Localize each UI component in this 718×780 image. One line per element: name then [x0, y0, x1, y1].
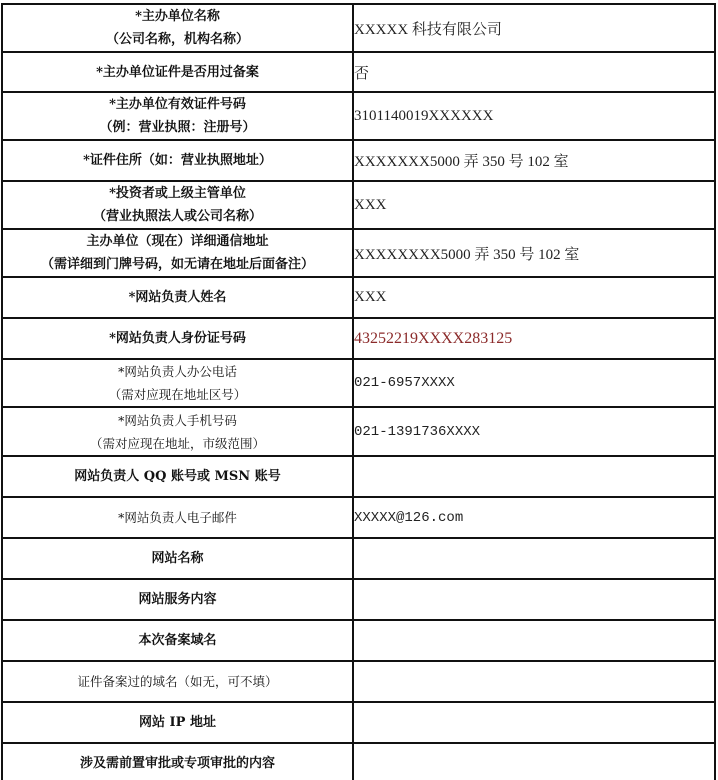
table-row-qq-msn: 网站负责人 QQ 账号或 MSN 账号 — [2, 456, 715, 497]
value-office-phone[interactable]: 021-6957XXXX — [353, 359, 715, 407]
value-email[interactable]: XXXXX@126.com — [353, 497, 715, 538]
table-row-approval-content: 涉及需前置审批或专项审批的内容 — [2, 743, 715, 780]
value-qq-msn[interactable] — [353, 456, 715, 497]
table-row-investor: *投资者或上级主管单位 （营业执照法人或公司名称） XXX — [2, 181, 715, 229]
value-previous-domain[interactable] — [353, 661, 715, 702]
label-note: （例：营业执照：注册号） — [3, 116, 352, 139]
label-line: *网站负责人电子邮件 — [3, 506, 352, 529]
label-line: *网站负责人办公电话 — [3, 360, 352, 383]
value-owner-name[interactable]: XXX — [353, 277, 715, 318]
label-line: *证件住所（如：营业执照地址） — [3, 149, 352, 172]
label-mailing-address: 主办单位（现在）详细通信地址 （需详细到门牌号码，如无请在地址后面备注） — [2, 229, 353, 277]
value-cert-address[interactable]: XXXXXXX5000 弄 350 号 102 室 — [353, 140, 715, 181]
table-row-domain: 本次备案域名 — [2, 620, 715, 661]
label-sponsor-name: *主办单位名称 （公司名称，机构名称） — [2, 4, 353, 52]
label-qq-msn: 网站负责人 QQ 账号或 MSN 账号 — [2, 456, 353, 497]
label-cert-number: *主办单位有效证件号码 （例：营业执照：注册号） — [2, 92, 353, 140]
label-note: （需对应现在地址，市级范围） — [3, 432, 352, 455]
value-owner-id[interactable]: 43252219XXXX283125 — [353, 318, 715, 359]
table-row-cert-address: *证件住所（如：营业执照地址） XXXXXXX5000 弄 350 号 102 … — [2, 140, 715, 181]
value-investor[interactable]: XXX — [353, 181, 715, 229]
table-row-ip-address: 网站 IP 地址 — [2, 702, 715, 743]
label-mobile-phone: *网站负责人手机号码 （需对应现在地址，市级范围） — [2, 407, 353, 456]
label-line: *主办单位有效证件号码 — [3, 93, 352, 116]
value-domain[interactable] — [353, 620, 715, 661]
label-line: *网站负责人身份证号码 — [3, 327, 352, 350]
label-line: 本次备案域名 — [3, 629, 352, 652]
label-email: *网站负责人电子邮件 — [2, 497, 353, 538]
label-note: （需对应现在地址区号） — [3, 383, 352, 406]
table-row-mobile-phone: *网站负责人手机号码 （需对应现在地址，市级范围） 021-1391736XXX… — [2, 407, 715, 456]
value-approval-content[interactable] — [353, 743, 715, 780]
table-row-site-name: 网站名称 — [2, 538, 715, 579]
value-site-name[interactable] — [353, 538, 715, 579]
label-note: （需详细到门牌号码，如无请在地址后面备注） — [3, 253, 352, 276]
label-ip-address: 网站 IP 地址 — [2, 702, 353, 743]
label-line: 主办单位（现在）详细通信地址 — [3, 230, 352, 253]
value-sponsor-name[interactable]: XXXXX 科技有限公司 — [353, 4, 715, 52]
value-cert-used[interactable]: 否 — [353, 52, 715, 92]
label-service-content: 网站服务内容 — [2, 579, 353, 620]
value-mailing-address[interactable]: XXXXXXXX5000 弄 350 号 102 室 — [353, 229, 715, 277]
label-note: （公司名称，机构名称） — [3, 28, 352, 51]
label-owner-name: *网站负责人姓名 — [2, 277, 353, 318]
table-row-owner-name: *网站负责人姓名 XXX — [2, 277, 715, 318]
table-row-service-content: 网站服务内容 — [2, 579, 715, 620]
value-service-content[interactable] — [353, 579, 715, 620]
label-line: *网站负责人手机号码 — [3, 409, 352, 432]
label-line: *主办单位证件是否用过备案 — [3, 61, 352, 84]
label-line: 涉及需前置审批或专项审批的内容 — [3, 752, 352, 775]
value-mobile-phone[interactable]: 021-1391736XXXX — [353, 407, 715, 456]
value-cert-number[interactable]: 3101140019XXXXXX — [353, 92, 715, 140]
label-cert-address: *证件住所（如：营业执照地址） — [2, 140, 353, 181]
label-line: 证件备案过的域名（如无，可不填） — [3, 670, 352, 693]
table-row-email: *网站负责人电子邮件 XXXXX@126.com — [2, 497, 715, 538]
table-row-mailing-address: 主办单位（现在）详细通信地址 （需详细到门牌号码，如无请在地址后面备注） XXX… — [2, 229, 715, 277]
label-line: 网站服务内容 — [3, 588, 352, 611]
table-row-owner-id: *网站负责人身份证号码 43252219XXXX283125 — [2, 318, 715, 359]
table-row-office-phone: *网站负责人办公电话 （需对应现在地址区号） 021-6957XXXX — [2, 359, 715, 407]
label-line: 网站负责人 QQ 账号或 MSN 账号 — [3, 465, 352, 488]
label-note: （营业执照法人或公司名称） — [3, 205, 352, 228]
label-investor: *投资者或上级主管单位 （营业执照法人或公司名称） — [2, 181, 353, 229]
label-line: 网站名称 — [3, 547, 352, 570]
table-row-cert-number: *主办单位有效证件号码 （例：营业执照：注册号） 3101140019XXXXX… — [2, 92, 715, 140]
label-domain: 本次备案域名 — [2, 620, 353, 661]
label-site-name: 网站名称 — [2, 538, 353, 579]
label-line: *主办单位名称 — [3, 5, 352, 28]
label-cert-used: *主办单位证件是否用过备案 — [2, 52, 353, 92]
label-approval-content: 涉及需前置审批或专项审批的内容 — [2, 743, 353, 780]
label-line: *投资者或上级主管单位 — [3, 182, 352, 205]
table-row-sponsor-name: *主办单位名称 （公司名称，机构名称） XXXXX 科技有限公司 — [2, 4, 715, 52]
label-previous-domain: 证件备案过的域名（如无，可不填） — [2, 661, 353, 702]
label-line: *网站负责人姓名 — [3, 286, 352, 309]
label-office-phone: *网站负责人办公电话 （需对应现在地址区号） — [2, 359, 353, 407]
label-owner-id: *网站负责人身份证号码 — [2, 318, 353, 359]
registration-form-table: *主办单位名称 （公司名称，机构名称） XXXXX 科技有限公司 *主办单位证件… — [1, 3, 716, 780]
value-ip-address[interactable] — [353, 702, 715, 743]
table-row-cert-used: *主办单位证件是否用过备案 否 — [2, 52, 715, 92]
label-line: 网站 IP 地址 — [3, 711, 352, 734]
table-row-previous-domain: 证件备案过的域名（如无，可不填） — [2, 661, 715, 702]
